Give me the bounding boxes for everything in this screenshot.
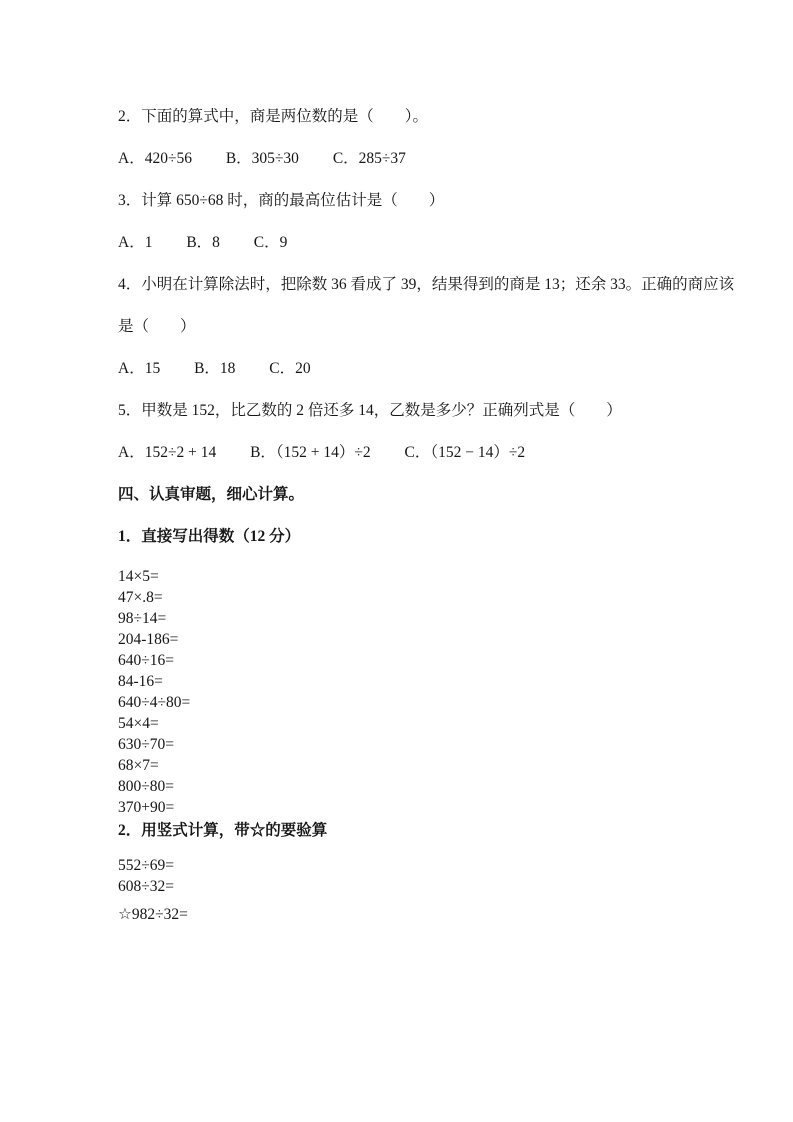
question-5-options: A．152÷2 + 14 B．（152 + 14）÷2 C．（152 − 14）… (118, 440, 753, 465)
question-4-options: A．15 B．18 C．20 (118, 356, 753, 381)
question-4: 4．小明在计算除法时，把除数 36 看成了 39，结果得到的商是 13；还余 3… (118, 272, 753, 381)
question-5: 5．甲数是 152，比乙数的 2 倍还多 14，乙数是多少？正确列式是（ ） A… (118, 398, 753, 465)
section-four: 四、认真审题，细心计算。 1．直接写出得数（12 分） 14×5= 47×.8=… (118, 482, 753, 925)
vertical-calculation-list: 552÷69= 608÷32= ☆982÷32= (118, 855, 753, 925)
question-3-option-a: A．1 (118, 230, 152, 255)
oral-equation-3: 98÷14= (118, 608, 753, 629)
question-2: 2．下面的算式中，商是两位数的是（ ）。 A．420÷56 B．305÷30 C… (118, 104, 753, 171)
question-5-option-a: A．152÷2 + 14 (118, 440, 216, 465)
question-3-options: A．1 B．8 C．9 (118, 230, 753, 255)
question-5-option-b: B．（152 + 14）÷2 (250, 440, 371, 465)
question-2-option-b: B．305÷30 (226, 146, 299, 171)
oral-equation-1: 14×5= (118, 566, 753, 587)
part2-title: 2．用竖式计算，带☆的要验算 (118, 818, 753, 843)
vertical-equation-2: 608÷32= (118, 876, 753, 897)
worksheet-page: 2．下面的算式中，商是两位数的是（ ）。 A．420÷56 B．305÷30 C… (0, 0, 793, 1122)
oral-equation-2: 47×.8= (118, 587, 753, 608)
question-5-text: 5．甲数是 152，比乙数的 2 倍还多 14，乙数是多少？正确列式是（ ） (118, 398, 753, 423)
multiple-choice-section: 2．下面的算式中，商是两位数的是（ ）。 A．420÷56 B．305÷30 C… (118, 104, 753, 465)
question-4-option-c: C．20 (269, 356, 310, 381)
question-3-text: 3．计算 650÷68 时，商的最高位估计是（ ） (118, 188, 753, 213)
vertical-equation-1: 552÷69= (118, 855, 753, 876)
oral-equation-5: 640÷16= (118, 650, 753, 671)
question-4-text-line1: 4．小明在计算除法时，把除数 36 看成了 39，结果得到的商是 13；还余 3… (118, 272, 753, 297)
oral-equation-6: 84-16= (118, 671, 753, 692)
section-four-title: 四、认真审题，细心计算。 (118, 482, 753, 507)
oral-equation-4: 204-186= (118, 629, 753, 650)
question-3: 3．计算 650÷68 时，商的最高位估计是（ ） A．1 B．8 C．9 (118, 188, 753, 255)
oral-equation-7: 640÷4÷80= (118, 692, 753, 713)
oral-equation-11: 800÷80= (118, 776, 753, 797)
oral-equation-9: 630÷70= (118, 734, 753, 755)
oral-equation-12: 370+90= (118, 797, 753, 818)
question-2-options: A．420÷56 B．305÷30 C．285÷37 (118, 146, 753, 171)
question-2-option-c: C．285÷37 (333, 146, 406, 171)
question-4-text-line2: 是（ ） (118, 314, 753, 339)
question-4-option-a: A．15 (118, 356, 160, 381)
question-5-option-c: C．（152 − 14）÷2 (405, 440, 526, 465)
question-3-option-c: C．9 (254, 230, 288, 255)
question-3-option-b: B．8 (186, 230, 220, 255)
question-2-option-a: A．420÷56 (118, 146, 192, 171)
part1-title: 1．直接写出得数（12 分） (118, 524, 753, 549)
starred-vertical-equation: ☆982÷32= (118, 904, 753, 925)
oral-equation-8: 54×4= (118, 713, 753, 734)
oral-calculation-list: 14×5= 47×.8= 98÷14= 204-186= 640÷16= 84-… (118, 566, 753, 818)
question-4-option-b: B．18 (194, 356, 235, 381)
question-2-text: 2．下面的算式中，商是两位数的是（ ）。 (118, 104, 753, 129)
oral-equation-10: 68×7= (118, 755, 753, 776)
